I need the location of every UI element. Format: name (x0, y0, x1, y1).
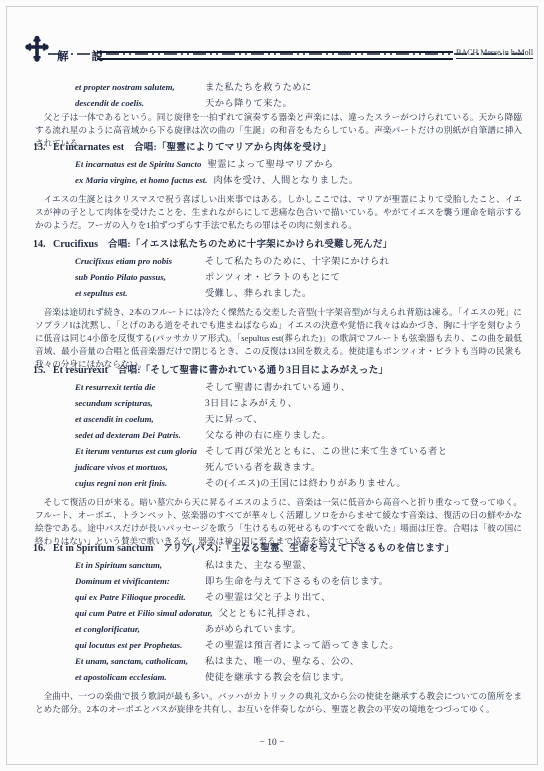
section-title-latin: Et incarnates est (53, 142, 124, 153)
verse-row: Dominum et vivificantem: 即ち生命を与えて下さるものを信… (75, 574, 522, 590)
latin-text: qui cum Patre et Filio simul adoratur, (75, 606, 219, 621)
latin-text: et propter nostram salutem, (75, 80, 205, 95)
japanese-translation: 即ち生命を与えて下さるものを信じます。 (205, 575, 389, 590)
japanese-translation: その聖霊は預言者によって語ってきました。 (205, 639, 399, 654)
japanese-translation: 聖霊によって聖母マリアから (207, 158, 333, 173)
section-heading: 13.Et incarnates est合唱:「聖霊によりてマリアから肉体を受け… (33, 141, 522, 155)
verse-row: Et unam, sanctam, catholicam, 私はまた、唯一の、聖… (75, 654, 522, 670)
section-16: 16.Et in Spiritum sanctumアリア(バス):「主なる聖霊、… (33, 542, 522, 716)
verse-row: Et incarnatus est de Spiritu Sancto 聖霊によ… (75, 157, 522, 173)
latin-text: sub Pontio Pilato passus, (75, 270, 205, 285)
verse-row: qui locutus est per Prophetas. その聖霊は預言者に… (75, 638, 522, 654)
document-title: BACH Messe in h-Moll (456, 48, 533, 59)
verse-row: cujus regni non erit finis. その(イエス)の王国には… (75, 476, 522, 492)
section-number: 14. (33, 238, 53, 251)
verse-row: Et in Spiritum sanctum, 私はまた、主なる聖霊、 (75, 558, 522, 574)
section-number: 16. (33, 542, 53, 555)
section-heading: 16.Et in Spiritum sanctumアリア(バス):「主なる聖霊、… (33, 542, 522, 556)
document-page: 解 説 BACH Messe in h-Moll et propter nost… (0, 0, 544, 771)
section-heading: 15.Et resurrexit合唱:「そして聖書に書かれている通り3日目によみ… (33, 364, 522, 378)
verse-row: et sepultus est. 受難し、葬られました。 (75, 286, 522, 302)
verse-row: et conglorificatur, あがめられています。 (75, 622, 522, 638)
verse-row: sub Pontio Pilato passus, ポンツィオ・ピラトのもとにて (75, 270, 522, 286)
japanese-translation: 3日目によみがえり、 (205, 397, 297, 412)
latin-text: et ascendit in coelum, (75, 412, 205, 427)
latin-text: Et resurrexit tertia die (75, 380, 205, 395)
section-subtitle: 合唱:「そして聖書に書かれている通り3日目によみがえった」 (118, 366, 388, 376)
japanese-translation: そして再び栄光とともに、この世に来て生きている者と (205, 445, 447, 460)
latin-text: cujus regni non erit finis. (75, 476, 205, 491)
section-number: 15. (33, 364, 53, 377)
verse-row: sedet ad dexteram Dei Patris. 父なる神の右に座りま… (75, 428, 522, 444)
section-title-latin: Et in Spiritum sanctum (53, 543, 153, 554)
section-subtitle: 合唱:「聖霊によりてマリアから肉体を受け」 (134, 143, 331, 153)
latin-text: secundum scripturas, (75, 396, 205, 411)
section-15: 15.Et resurrexit合唱:「そして聖書に書かれている通り3日目によみ… (33, 364, 522, 548)
latin-text: et conglorificatur, (75, 622, 205, 637)
section-subtitle: 合唱:「イエスは私たちのために十字架にかけられ受難し死んだ」 (108, 240, 392, 250)
japanese-translation: そして私たちのために、十字架にかけられ (205, 255, 389, 270)
dash-dot-rule (48, 43, 524, 47)
latin-text: Et in Spiritum sanctum, (75, 558, 205, 573)
japanese-translation: 私はまた、唯一の、聖なる、公の、 (205, 655, 359, 670)
latin-text: qui locutus est per Prophetas. (75, 638, 205, 653)
verse-row: et ascendit in coelum, 天に昇って、 (75, 412, 522, 428)
japanese-translation: 使徒を継承する教会を信じます。 (205, 671, 350, 686)
japanese-translation: 受難し、葬られました。 (205, 287, 312, 302)
latin-text: Et unam, sanctam, catholicam, (75, 654, 205, 669)
japanese-translation: 天から降りて来た。 (205, 97, 292, 112)
verse-row: secundum scripturas, 3日目によみがえり、 (75, 396, 522, 412)
japanese-translation: その聖霊は父と子より出て、 (205, 591, 331, 606)
japanese-translation: その(イエス)の王国には終わりがありません。 (205, 477, 406, 492)
section-title-latin: Crucifixus (53, 239, 98, 250)
latin-text: Et incarnatus est de Spiritu Sancto (75, 157, 207, 172)
verse-row: ex Maria virgine, et homo factus est. 肉体… (75, 173, 522, 189)
verse-row: Et iterum venturus est cum gloria そして再び栄… (75, 444, 522, 460)
latin-text: et apostolicam ecclesiam. (75, 670, 205, 685)
commentary-paragraph: 全曲中、一つの楽曲で扱う歌詞が最も多い。バッハがカトリックの典礼文から公の使徒を… (35, 690, 522, 716)
section-13: 13.Et incarnates est合唱:「聖霊によりてマリアから肉体を受け… (33, 141, 522, 232)
verse-row: et propter nostram salutem, また私たちを救うために (75, 80, 522, 96)
latin-text: Crucifixus etiam pro nobis (75, 254, 205, 269)
verse-row: qui cum Patre et Filio simul adoratur, 父… (75, 606, 522, 622)
latin-text: descendit de coelis. (75, 96, 205, 111)
latin-text: Et iterum venturus est cum gloria (75, 444, 205, 459)
japanese-translation: 死んでいる者を裁きます。 (205, 461, 321, 476)
japanese-translation: 肉体を受け、人間となりました。 (213, 174, 358, 189)
japanese-translation: また私たちを救うために (205, 81, 312, 96)
section-14: 14.Crucifixus合唱:「イエスは私たちのために十字架にかけられ受難し死… (33, 238, 522, 371)
verse-row: Et resurrexit tertia die そして聖書に書かれている通り、 (75, 380, 522, 396)
verse-row: et apostolicam ecclesiam. 使徒を継承する教会を信じます… (75, 670, 522, 686)
double-rule (97, 51, 453, 60)
japanese-translation: 父とともに礼拝され、 (219, 607, 317, 622)
section-title-latin: Et resurrexit (53, 365, 108, 376)
japanese-translation: そして聖書に書かれている通り、 (205, 381, 350, 396)
japanese-translation: 父なる神の右に座りました。 (205, 429, 331, 444)
japanese-translation: あがめられています。 (205, 623, 301, 638)
budded-cross-icon (24, 35, 50, 63)
commentary-paragraph: そして復活の日が来る。暗い墓穴から天に昇るイエスのように、音楽は一気に低音から高… (35, 496, 522, 548)
latin-text: Dominum et vivificantem: (75, 574, 205, 589)
latin-text: sedet ad dexteram Dei Patris. (75, 428, 205, 443)
section-subtitle: アリア(バス):「主なる聖霊、生命を与えて下さるものを信じます」 (163, 544, 454, 554)
commentary-paragraph: 音楽は途切れず続き、2本のフルートには冷たく慄然たる交差した音型(十字架音型)が… (35, 306, 522, 371)
verse-row: judicare vivos et mortuos, 死んでいる者を裁きます。 (75, 460, 522, 476)
latin-text: ex Maria virgine, et homo factus est. (75, 173, 213, 188)
section-number: 13. (33, 141, 53, 154)
page-number: − 10 − (0, 738, 544, 748)
latin-text: judicare vivos et mortuos, (75, 460, 205, 475)
verse-row: descendit de coelis. 天から降りて来た。 (75, 96, 522, 112)
verse-row: Crucifixus etiam pro nobis そして私たちのために、十字… (75, 254, 522, 270)
verse-row: qui ex Patre Filioque procedit. その聖霊は父と子… (75, 590, 522, 606)
commentary-paragraph: イエスの生誕とはクリスマスで祝う喜ばしい出来事ではある。しかしここでは、マリアが… (35, 193, 522, 232)
latin-text: qui ex Patre Filioque procedit. (75, 590, 205, 605)
japanese-translation: 私はまた、主なる聖霊、 (205, 559, 312, 574)
latin-text: et sepultus est. (75, 286, 205, 301)
intro-verse-block: et propter nostram salutem, また私たちを救うために … (33, 80, 522, 112)
japanese-translation: 天に昇って、 (205, 413, 263, 428)
section-heading: 14.Crucifixus合唱:「イエスは私たちのために十字架にかけられ受難し死… (33, 238, 522, 252)
japanese-translation: ポンツィオ・ピラトのもとにて (205, 271, 340, 286)
